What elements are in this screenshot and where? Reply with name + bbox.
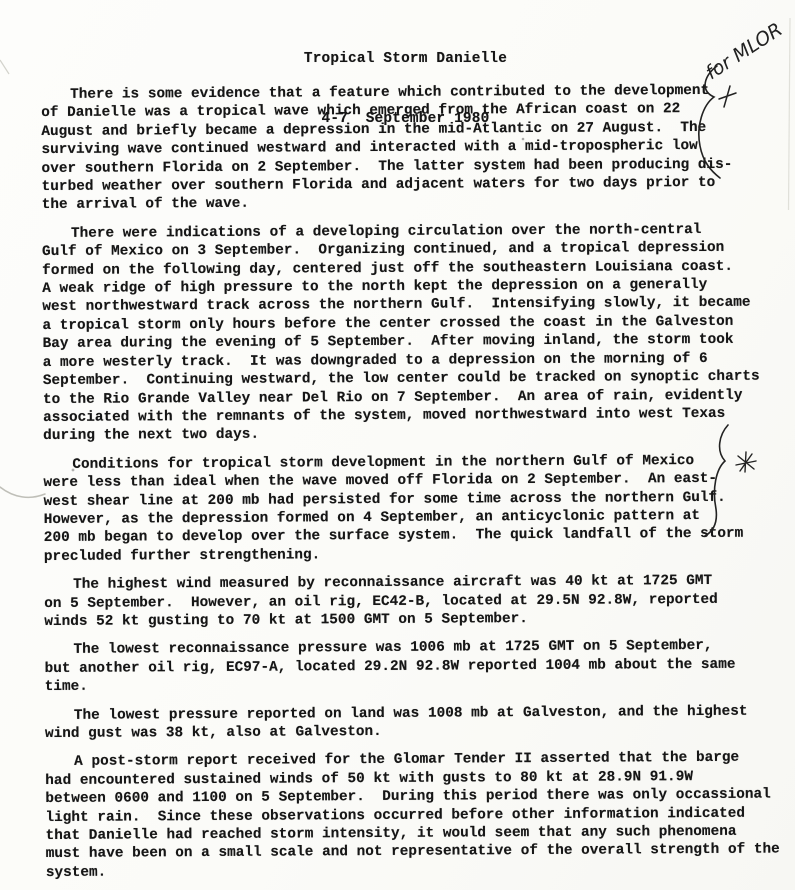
paragraph: The lowest pressure reported on land was…: [45, 702, 785, 743]
scanned-page: Tropical Storm Danielle 4-7 September 19…: [0, 0, 795, 890]
paragraph: There is some evidence that a feature wh…: [41, 81, 782, 214]
text-line: during the next two days.: [43, 423, 783, 446]
document-body: There is some evidence that a feature wh…: [41, 81, 786, 890]
paragraph: A post-storm report received for the Glo…: [45, 749, 786, 882]
paragraph: There were indications of a developing c…: [42, 220, 783, 445]
left-margin-pencil-arc: [0, 487, 45, 497]
document-title: Tropical Storm Danielle: [8, 49, 795, 69]
paragraph: The lowest reconnaissance pressure was 1…: [44, 637, 784, 697]
text-line: precluded further strengthening.: [44, 543, 784, 566]
text-line: wind gust was 38 kt, also at Galveston.: [45, 720, 785, 743]
paragraph: Conditions for tropical storm developmen…: [43, 451, 784, 566]
text-line: winds 52 kt gusting to 70 kt at 1500 GMT…: [44, 608, 784, 631]
paragraph: The highest wind measured by reconnaissa…: [44, 572, 784, 632]
text-line: the arrival of the wave.: [42, 192, 782, 215]
